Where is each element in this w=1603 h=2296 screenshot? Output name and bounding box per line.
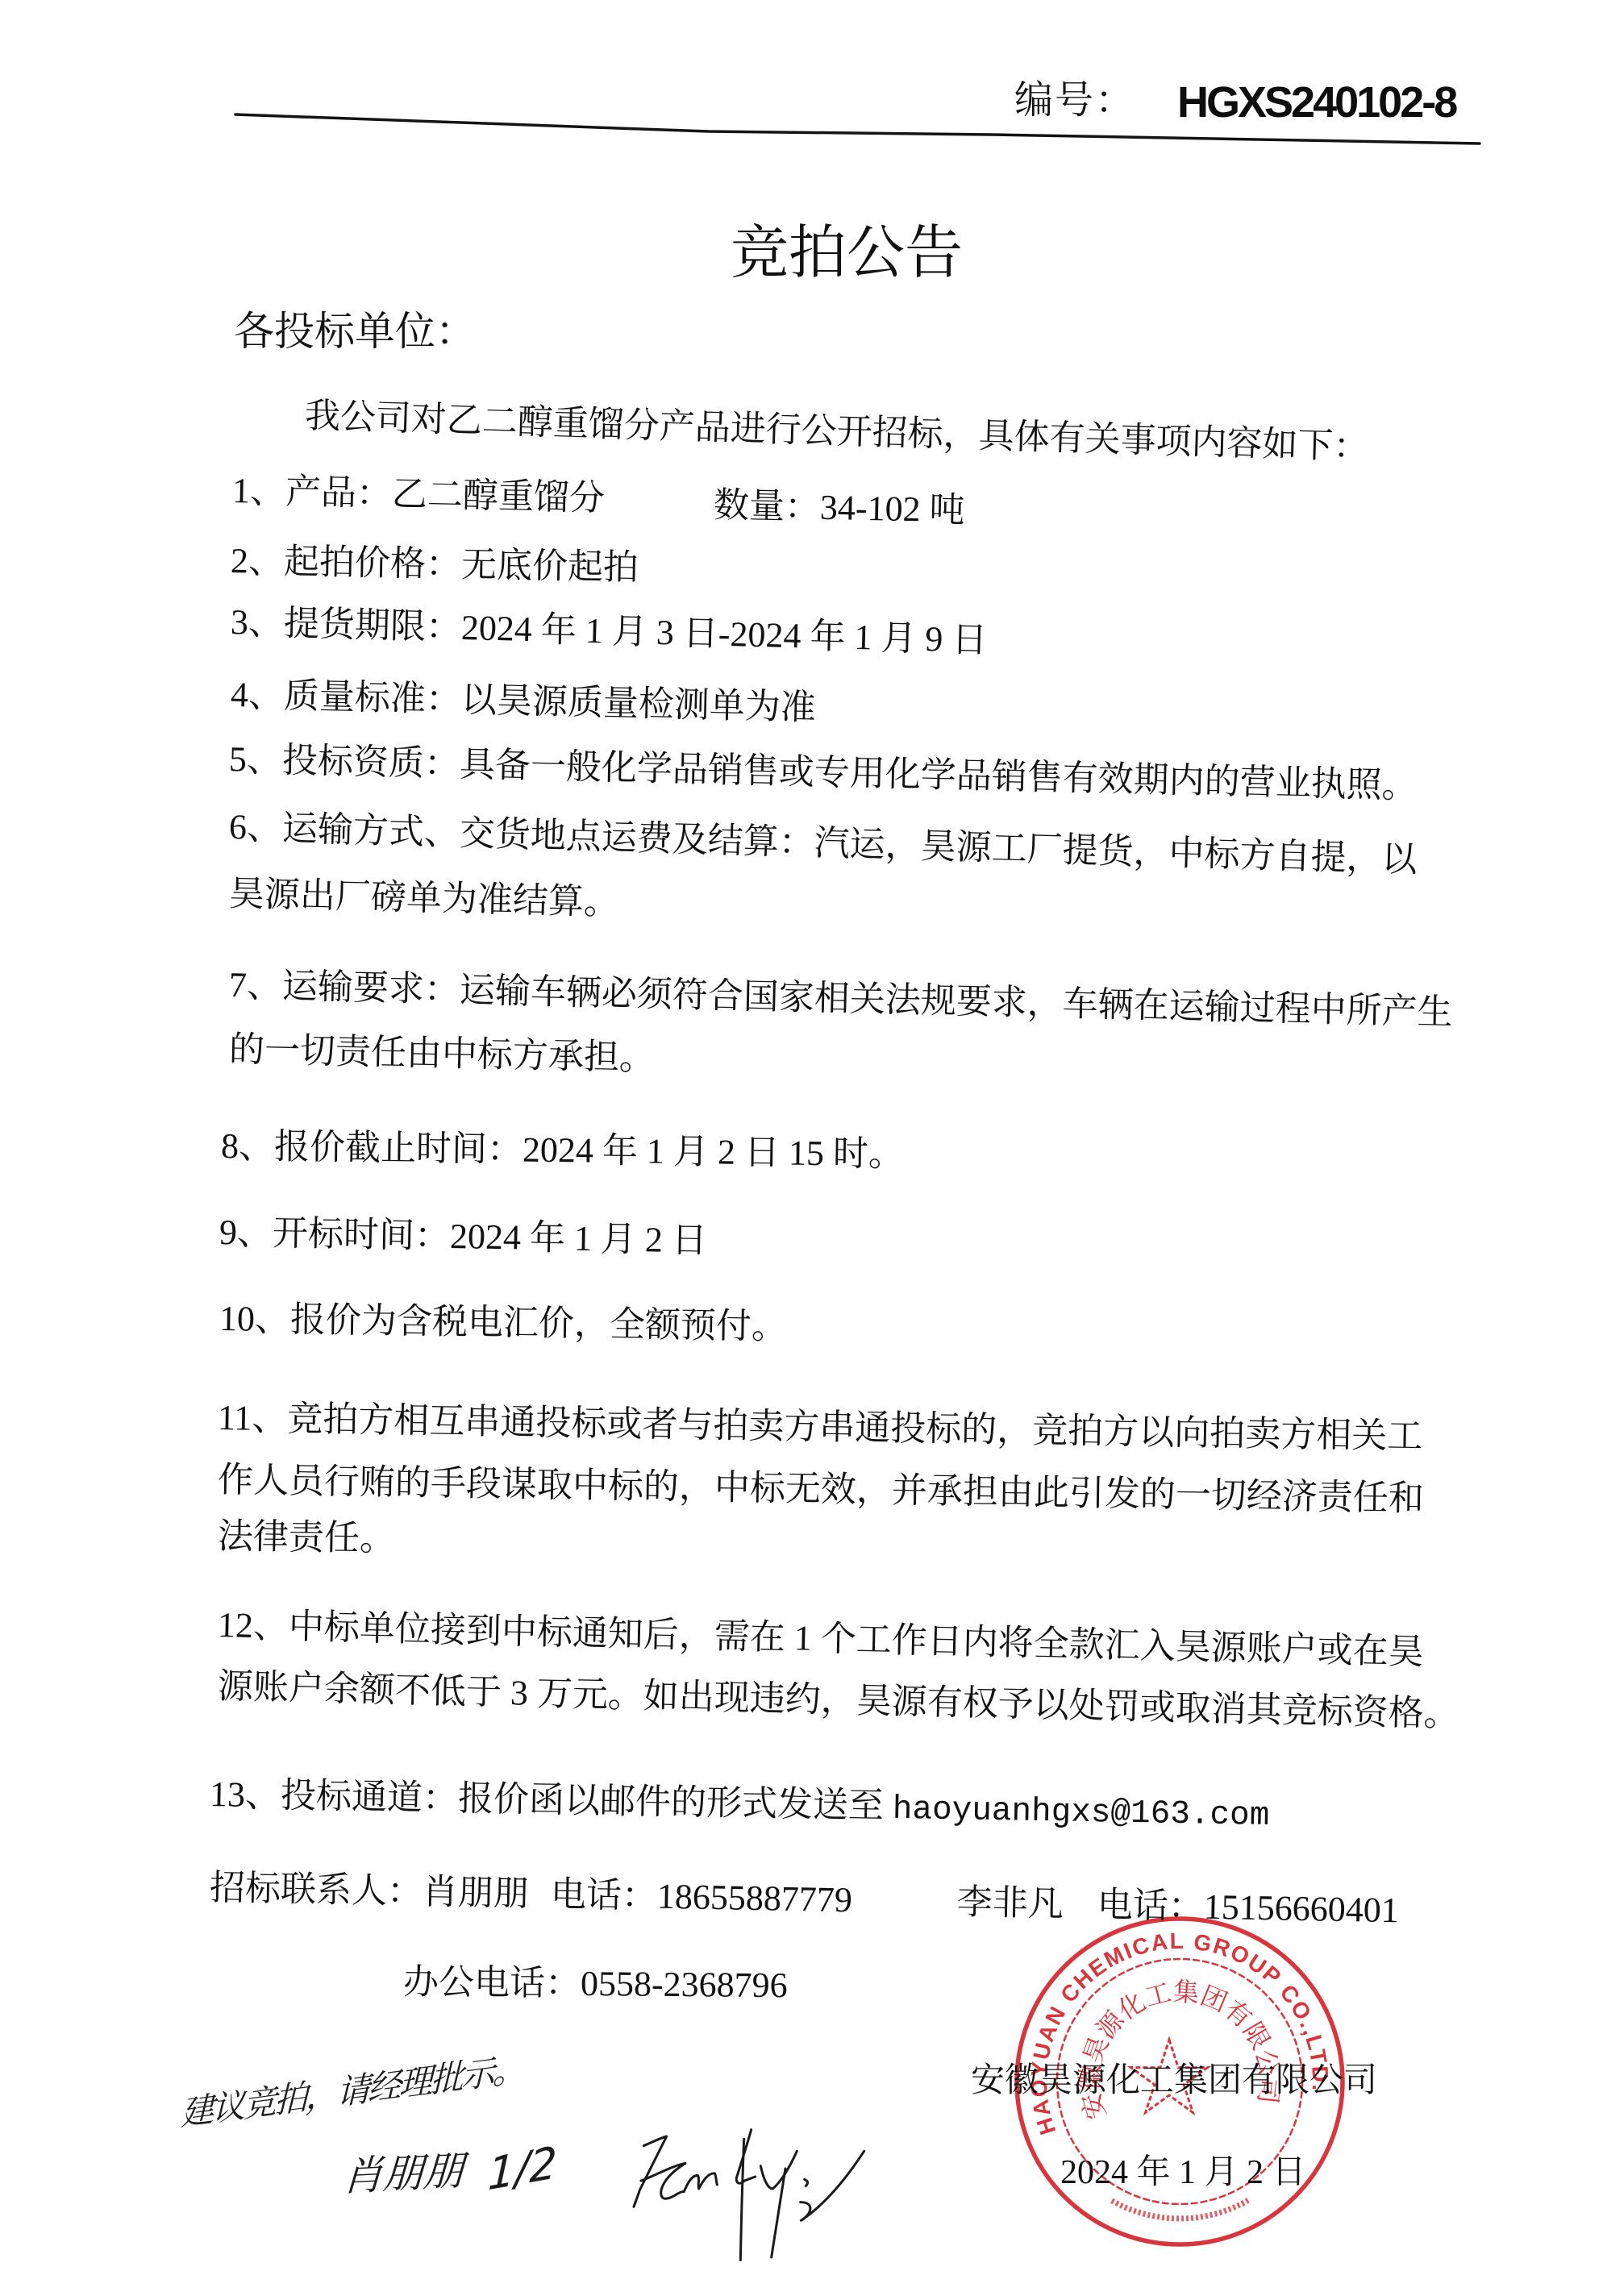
item-text: 2024 年 1 月 3 日-2024 年 1 月 9 日 <box>460 608 988 660</box>
item-text: 报价函以邮件的形式发送至 <box>458 1778 893 1825</box>
item-11-line-2: 作人员行贿的手段谋取中标的，中标无效，并承担由此引发的一切经济责任和 <box>218 1461 1425 1518</box>
item-number: 9、 <box>219 1212 273 1253</box>
contacts-label: 招标联系人： <box>210 1868 423 1911</box>
item-7-line-2: 的一切责任由中标方承担。 <box>228 1030 655 1078</box>
item-number: 2、 <box>231 541 285 581</box>
item-text: 汽运，昊源工厂提货，中标方自提，以 <box>814 823 1418 880</box>
handwritten-note: 建议竞拍，请经理批示。 <box>181 2049 524 2133</box>
contacts-row: 招标联系人：肖朋朋 电话：18655887779 李非凡 电话：15156660… <box>210 1869 1420 1931</box>
contact-2-name: 李非凡 <box>956 1883 1064 1924</box>
item-number: 5、 <box>228 739 282 780</box>
salutation: 各投标单位： <box>234 309 476 354</box>
item-text: 竞拍方相互串通投标或者与拍卖方串通投标的，竞拍方以向拍卖方相关工 <box>287 1399 1423 1456</box>
item-12-line-2: 源账户余额不低于 3 万元。如出现违约，昊源有权予以处罚或取消其竞标资格。 <box>217 1667 1459 1734</box>
item-3: 3、提货期限：2024 年 1 月 3 日-2024 年 1 月 9 日 <box>230 603 988 660</box>
seal-inner-text: 安徽昊源化工集团有限公司 <box>1074 1976 1285 2123</box>
manager-signature <box>621 2112 887 2273</box>
item-4: 4、质量标准：以昊源质量检测单为准 <box>230 676 816 727</box>
item-text: 具备一般化学品销售或专用化学品销售有效期内的营业执照。 <box>459 744 1418 805</box>
item-6-line-1: 6、运输方式、交货地点运费及结算：汽运，昊源工厂提货，中标方自提，以 <box>228 808 1418 880</box>
office-phone-label: 办公电话： <box>403 1962 581 2003</box>
handwritten-date: 1/2 <box>487 2138 558 2199</box>
item-label: 运输要求： <box>281 967 460 1010</box>
item-8: 8、报价截止时间：2024 年 1 月 2 日 15 时。 <box>221 1127 905 1174</box>
item-number: 1、 <box>231 471 285 511</box>
item-number: 8、 <box>221 1126 275 1167</box>
intro-paragraph: 我公司对乙二醇重馏分产品进行公开招标，具体有关事项内容如下： <box>304 397 1369 467</box>
bid-email: haoyuanhgxs@163.com <box>892 1791 1269 1835</box>
item-text: 无底价起拍 <box>461 545 639 588</box>
company-name: 安徽昊源化工集团有限公司 <box>971 2062 1377 2099</box>
item-11-line-1: 11、竞拍方相互串通投标或者与拍卖方串通投标的，竞拍方以向拍卖方相关工 <box>218 1399 1423 1456</box>
item-number: 13、 <box>210 1774 281 1816</box>
contact-1: 招标联系人：肖朋朋 <box>210 1869 530 1914</box>
issue-date: 2024 年 1 月 2 日 <box>1060 2154 1306 2191</box>
item-label: 起拍价格： <box>284 542 462 584</box>
contact-2-phone: 电话：15156660401 <box>1097 1886 1399 1930</box>
item-text: 2024 年 1 月 2 日 <box>450 1217 708 1261</box>
item-11-line-3: 法律责任。 <box>218 1517 396 1558</box>
contact-1-phone: 电话：18655887779 <box>550 1875 852 1920</box>
item-7-line-1: 7、运输要求：运输车辆必须符合国家相关法规要求，车辆在运输过程中所产生 <box>228 966 1453 1032</box>
seal-serial-arc <box>1111 2200 1248 2219</box>
item-text: 以昊源质量检测单为准 <box>460 680 816 727</box>
item-1: 1、产品：乙二醇重馏分 <box>231 472 605 518</box>
item-number: 7、 <box>228 965 282 1005</box>
phone-number: 15156660401 <box>1203 1887 1399 1931</box>
quantity-label: 数量： <box>713 485 820 527</box>
item-number: 11、 <box>218 1398 288 1438</box>
item-number: 10、 <box>219 1299 291 1339</box>
item-label: 投标资质： <box>281 741 460 784</box>
item-6-line-2: 昊源出厂磅单为准结算。 <box>228 875 619 922</box>
item-13: 13、投标通道：报价函以邮件的形式发送至 haoyuanhgxs@163.com <box>210 1775 1270 1836</box>
seal-inner-text-path: 安徽昊源化工集团有限公司 <box>1074 1976 1285 2123</box>
item-text: 中标单位接到中标通知后，需在 1 个工作日内将全款汇入昊源账户或在昊 <box>288 1607 1424 1672</box>
item-2: 2、起拍价格：无底价起拍 <box>231 542 639 588</box>
item-number: 3、 <box>230 602 284 643</box>
item-1-quantity: 数量：34-102 吨 <box>713 486 965 530</box>
contact-name: 肖朋朋 <box>422 1872 529 1914</box>
item-text: 运输车辆必须符合国家相关法规要求，车辆在运输过程中所产生 <box>459 970 1453 1032</box>
page-title: 竞拍公告 <box>731 221 963 285</box>
item-10: 10、报价为含税电汇价，全额预付。 <box>219 1300 788 1346</box>
item-9: 9、开标时间：2024 年 1 月 2 日 <box>219 1213 708 1261</box>
office-phone-number: 0558-2368796 <box>581 1964 788 2005</box>
handwritten-name: 肖朋朋 <box>342 2148 465 2199</box>
item-number: 4、 <box>230 675 284 715</box>
item-5: 5、投标资质：具备一般化学品销售或专用化学品销售有效期内的营业执照。 <box>228 740 1418 805</box>
doc-number: HGXS240102-8 <box>1177 81 1455 124</box>
item-text: 乙二醇重馏分 <box>391 474 605 518</box>
item-text: 2024 年 1 月 2 日 15 时。 <box>523 1130 905 1175</box>
item-label: 提货期限： <box>283 604 461 647</box>
item-label: 投标通道： <box>281 1776 459 1819</box>
office-phone: 办公电话：0558-2368796 <box>403 1963 788 2005</box>
announcement-page: 编号： HGXS240102-8 竞拍公告 各投标单位： HAOYUAN CHE… <box>0 0 1603 2296</box>
phone-number: 18655887779 <box>656 1877 852 1920</box>
item-number: 12、 <box>217 1605 289 1646</box>
item-number: 6、 <box>228 807 282 848</box>
item-text: 报价为含税电汇价，全额预付。 <box>290 1300 788 1346</box>
item-label: 运输方式、交货地点运费及结算： <box>281 809 814 863</box>
phone-label: 电话： <box>1097 1885 1204 1927</box>
item-label: 报价截止时间： <box>274 1127 523 1170</box>
quantity-value: 34-102 吨 <box>819 488 965 530</box>
item-label: 开标时间： <box>273 1213 451 1256</box>
doc-number-label: 编号： <box>1014 79 1135 123</box>
item-12-line-1: 12、中标单位接到中标通知后，需在 1 个工作日内将全款汇入昊源账户或在昊 <box>217 1606 1424 1672</box>
phone-label: 电话： <box>550 1874 657 1916</box>
item-label: 产品： <box>285 472 392 514</box>
item-label: 质量标准： <box>283 676 461 720</box>
